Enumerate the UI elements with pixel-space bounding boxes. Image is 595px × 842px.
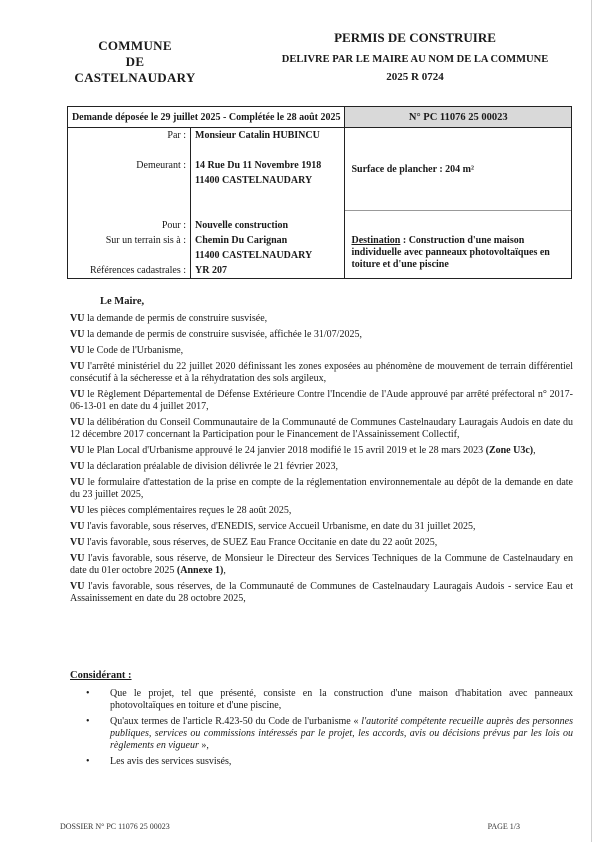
- label-pour: Pour :: [68, 218, 186, 233]
- visas-section: Le Maire, VU la demande de permis de con…: [70, 296, 573, 609]
- destination-label: Destination: [351, 235, 400, 246]
- value-demeurant-1: 14 Rue Du 11 Novembre 1918: [195, 158, 344, 173]
- destination: Destination : Construction d'une maison …: [351, 211, 565, 271]
- considerant-list: Que le projet, tel que présenté, consist…: [70, 688, 573, 768]
- vu-item: VU l'avis favorable, sous réserves, d'EN…: [70, 521, 573, 533]
- footer-dossier: DOSSIER N° PC 11076 25 00023: [60, 822, 170, 831]
- commune-header: COMMUNE DE CASTELNAUDARY: [60, 38, 210, 86]
- value-pour: Nouvelle construction: [195, 218, 344, 233]
- footer-page: PAGE 1/3: [488, 822, 520, 831]
- document-subtitle: DELIVRE PAR LE MAIRE AU NOM DE LA COMMUN…: [250, 54, 580, 65]
- commune-line: COMMUNE: [60, 38, 210, 54]
- vu-item: VU la déclaration préalable de division …: [70, 461, 573, 473]
- vu-item: VU la demande de permis de construire su…: [70, 313, 573, 325]
- considerant-section: Considérant : Que le projet, tel que pré…: [70, 670, 573, 772]
- value-cadastre: YR 207: [195, 263, 344, 278]
- commune-line: DE: [60, 54, 210, 70]
- footer: DOSSIER N° PC 11076 25 00023 PAGE 1/3: [60, 822, 520, 831]
- permit-number: N° PC 11076 25 00023: [345, 107, 572, 128]
- field-values: Monsieur Catalin HUBINCU 14 Rue Du 11 No…: [191, 128, 345, 279]
- vu-item: VU le Plan Local d'Urbanisme approuvé le…: [70, 445, 573, 457]
- document-titles: PERMIS DE CONSTRUIRE DELIVRE PAR LE MAIR…: [250, 30, 580, 83]
- vu-item: VU l'avis favorable, sous réserves, de S…: [70, 537, 573, 549]
- request-info-table: Demande déposée le 29 juillet 2025 - Com…: [67, 106, 572, 279]
- label-cadastre: Références cadastrales :: [68, 263, 186, 278]
- label-demeurant: Demeurant :: [68, 158, 186, 173]
- label-terrain: Sur un terrain sis à :: [68, 233, 186, 248]
- vu-item: VU l'avis favorable, sous réserve, de Mo…: [70, 553, 573, 577]
- commune-line: CASTELNAUDARY: [60, 70, 210, 86]
- document-reference: 2025 R 0724: [250, 71, 580, 83]
- field-labels: Par : Demeurant : Pour : Sur un terrain …: [68, 128, 191, 279]
- value-terrain-1: Chemin Du Carignan: [195, 233, 344, 248]
- vu-item: VU les pièces complémentaires reçues le …: [70, 505, 573, 517]
- vu-item: VU la demande de permis de construire su…: [70, 329, 573, 341]
- considerant-title: Considérant :: [70, 670, 573, 682]
- label-par: Par :: [68, 128, 186, 143]
- vu-item: VU l'arrêté ministériel du 22 juillet 20…: [70, 361, 573, 385]
- considerant-item: Les avis des services susvisés,: [110, 756, 573, 768]
- value-par: Monsieur Catalin HUBINCU: [195, 128, 344, 143]
- vu-item: VU l'avis favorable, sous réserves, de l…: [70, 581, 573, 605]
- value-demeurant-2: 11400 CASTELNAUDARY: [195, 173, 344, 188]
- vu-item: VU la délibération du Conseil Communauta…: [70, 417, 573, 441]
- considerant-item: Que le projet, tel que présenté, consist…: [110, 688, 573, 712]
- page-edge: [591, 0, 592, 842]
- vu-list: VU la demande de permis de construire su…: [70, 313, 573, 605]
- surface-plancher: Surface de plancher : 204 m²: [345, 128, 571, 211]
- le-maire: Le Maire,: [100, 296, 573, 308]
- request-dates: Demande déposée le 29 juillet 2025 - Com…: [68, 107, 345, 128]
- project-summary: Surface de plancher : 204 m² Destination…: [345, 128, 572, 279]
- document-title: PERMIS DE CONSTRUIRE: [250, 30, 580, 46]
- vu-item: VU le Code de l'Urbanisme,: [70, 345, 573, 357]
- vu-item: VU le Règlement Départemental de Défense…: [70, 389, 573, 413]
- considerant-item: Qu'aux termes de l'article R.423-50 du C…: [110, 716, 573, 752]
- value-terrain-2: 11400 CASTELNAUDARY: [195, 248, 344, 263]
- vu-item: VU le formulaire d'attestation de la pri…: [70, 477, 573, 501]
